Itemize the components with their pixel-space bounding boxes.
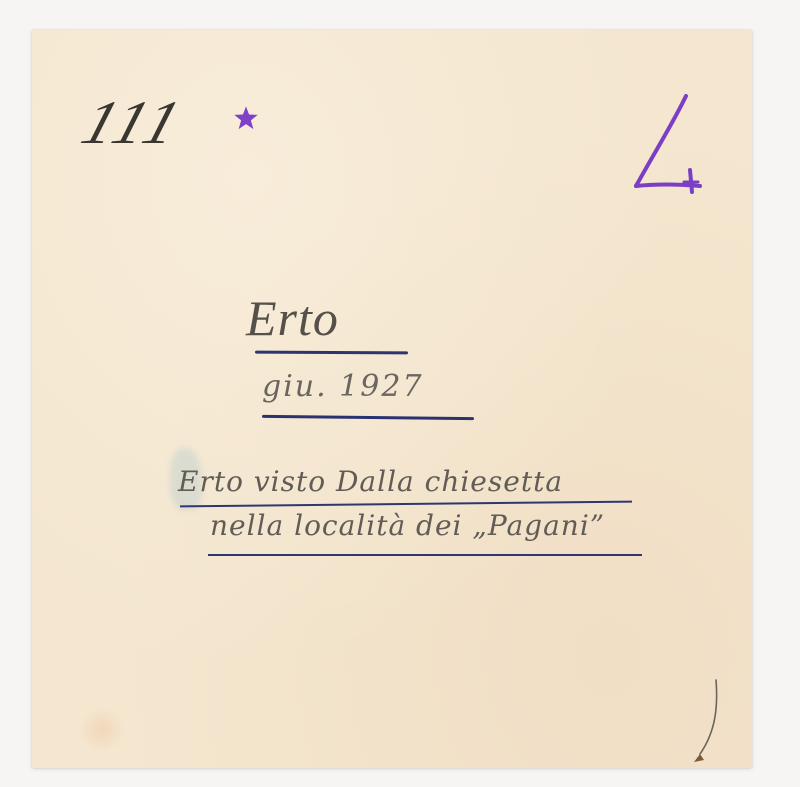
star-icon xyxy=(232,104,260,132)
description-line-2: nella località dei „Pagani” xyxy=(210,512,605,540)
document-title: Erto xyxy=(246,293,339,343)
pencil-mark-icon xyxy=(690,676,724,766)
catalog-number: 111 xyxy=(75,92,191,154)
description-underline-2 xyxy=(208,554,642,556)
folio-number-icon xyxy=(628,88,708,198)
description-line-1: Erto visto Dalla chiesetta xyxy=(178,468,563,496)
document-date: giu. 1927 xyxy=(262,372,424,402)
